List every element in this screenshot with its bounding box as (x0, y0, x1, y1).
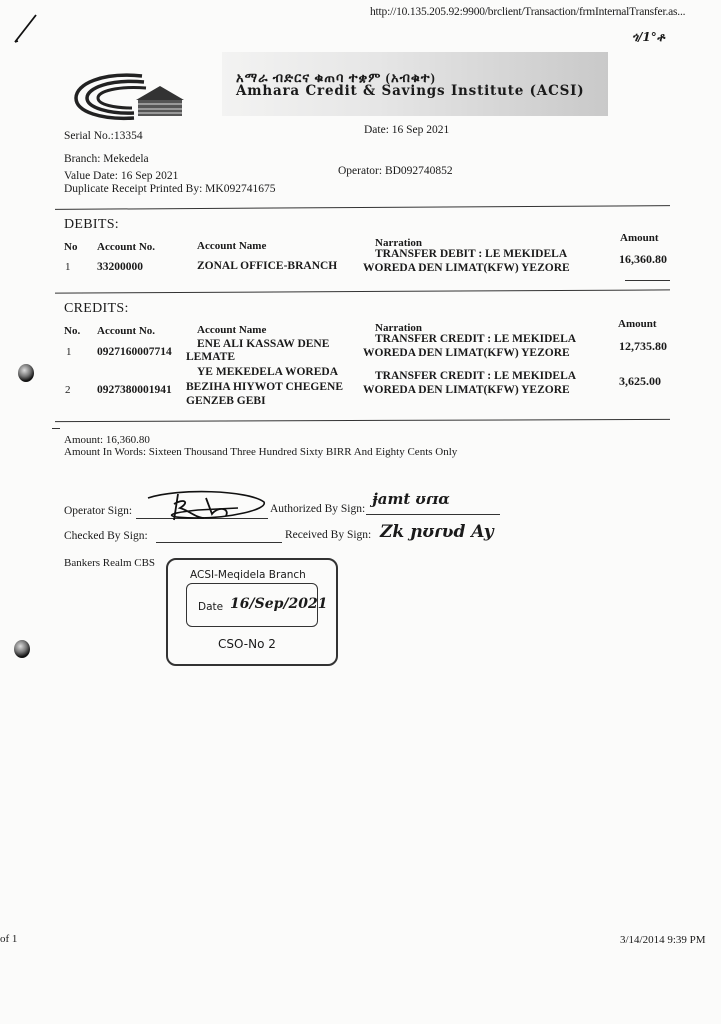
operator-value: BD092740852 (385, 165, 453, 177)
total-amount-label: Amount: (64, 434, 103, 446)
credit-account-name-line2: BEZIHA HIYWOT CHEGENE (186, 381, 343, 393)
total-amount-value: 16,360.80 (106, 434, 150, 446)
date-label: Date: (364, 124, 389, 136)
acsi-logo-icon (72, 70, 190, 122)
org-name-english: Amhara Credit & Savings Institute (ACSI) (236, 83, 584, 99)
credit-narration-line1: TRANSFER CREDIT : LE MEKIDELA (375, 370, 576, 382)
checked-sign-label: Checked By Sign: (64, 530, 148, 542)
checkmark-icon (12, 12, 38, 44)
operator-signature (138, 488, 270, 524)
branch-label: Branch: (64, 153, 100, 165)
authorized-sign-label: Authorized By Sign: (270, 503, 365, 515)
stamp-date-label: Date (198, 601, 223, 613)
debit-account-no: 33200000 (97, 261, 143, 273)
amount-words-label: Amount In Words: (64, 446, 146, 458)
debits-col-amount: Amount (620, 232, 659, 244)
credit-narration-line1: TRANSFER CREDIT : LE MEKIDELA (375, 333, 576, 345)
credits-col-no: No. (64, 325, 80, 337)
authorized-sign-line (366, 514, 500, 515)
value-date: Value Date: 16 Sep 2021 (64, 170, 178, 182)
debits-title: DEBITS: (64, 217, 119, 233)
credit-account-no: 0927380001941 (97, 384, 172, 396)
debit-no: 1 (65, 261, 71, 273)
page-url: http://10.135.205.92:9900/brclient/Trans… (370, 6, 685, 18)
serial-number: Serial No.:13354 (64, 130, 143, 142)
amount-words-value: Sixteen Thousand Three Hundred Sixty BIR… (149, 446, 458, 458)
date-value: 16 Sep 2021 (392, 124, 450, 136)
print-timestamp: 3/14/2014 9:39 PM (620, 934, 706, 946)
debit-narration-line2: WOREDA DEN LIMAT(KFW) YEZORE (363, 262, 570, 274)
divider (55, 205, 670, 210)
amount-underline (625, 280, 670, 281)
handwritten-note: ጎ/1°ቶ (632, 30, 665, 45)
punch-hole (14, 640, 30, 658)
branch-value: Mekedela (103, 153, 148, 165)
received-sign-label: Received By Sign: (285, 529, 371, 541)
duplicate-printed-by: Duplicate Receipt Printed By: MK09274167… (64, 183, 275, 195)
margin-mark (52, 428, 60, 429)
credits-col-account-no: Account No. (97, 325, 155, 337)
stamp-date-value: 16/Sep/2021 (230, 596, 327, 612)
debits-col-no: No (64, 241, 77, 253)
authorized-signature: ɉamt ʊɾɪɑ (372, 490, 450, 508)
page-indicator: of 1 (0, 933, 17, 945)
punch-hole (18, 364, 34, 382)
duplicate-label: Duplicate Receipt Printed By: (64, 183, 202, 195)
total-amount: Amount: 16,360.80 (64, 434, 150, 446)
stamp-cso: CSO-No 2 (218, 637, 276, 651)
credit-account-name-line3: GENZEB GEBI (186, 395, 266, 407)
credit-amount: 3,625.00 (619, 374, 661, 389)
serial-value: 13354 (114, 130, 143, 142)
amount-in-words: Amount In Words: Sixteen Thousand Three … (64, 446, 457, 458)
credits-col-amount: Amount (618, 318, 657, 330)
credit-no: 2 (65, 384, 71, 396)
credit-account-name-line1: YE MEKEDELA WOREDA (197, 366, 338, 378)
credit-account-no: 0927160007714 (97, 346, 172, 358)
value-date-label: Value Date: (64, 170, 118, 182)
credit-narration-line2: WOREDA DEN LIMAT(KFW) YEZORE (363, 347, 570, 359)
debit-narration-line1: TRANSFER DEBIT : LE MEKIDELA (375, 248, 567, 260)
value-date-value: 16 Sep 2021 (121, 170, 179, 182)
credit-no: 1 (66, 346, 72, 358)
debits-col-account-no: Account No. (97, 241, 155, 253)
operator-sign-label: Operator Sign: (64, 505, 132, 517)
debit-amount: 16,360.80 (619, 252, 667, 267)
divider (55, 289, 670, 293)
system-name: Bankers Realm CBS (64, 557, 155, 569)
credit-account-name-line1: ENE ALI KASSAW DENE (197, 338, 329, 350)
checked-sign-line (156, 542, 282, 543)
debit-account-name: ZONAL OFFICE-BRANCH (197, 260, 337, 272)
receipt-date: Date: 16 Sep 2021 (364, 124, 449, 136)
stamp-branch: ACSI-Meqidela Branch (190, 569, 306, 581)
credit-narration-line2: WOREDA DEN LIMAT(KFW) YEZORE (363, 384, 570, 396)
debits-col-account-name: Account Name (197, 240, 266, 252)
serial-label: Serial No.: (64, 130, 114, 142)
duplicate-value: MK092741675 (205, 183, 275, 195)
received-signature: Zk ɲʊɾʋd Ay (380, 522, 494, 542)
operator: Operator: BD092740852 (338, 165, 453, 177)
operator-label: Operator: (338, 165, 382, 177)
divider (55, 419, 670, 422)
credit-amount: 12,735.80 (619, 339, 667, 354)
branch: Branch: Mekedela (64, 153, 149, 165)
credits-col-account-name: Account Name (197, 324, 266, 336)
credits-title: CREDITS: (64, 301, 129, 317)
credit-account-name-line2: LEMATE (186, 351, 235, 363)
